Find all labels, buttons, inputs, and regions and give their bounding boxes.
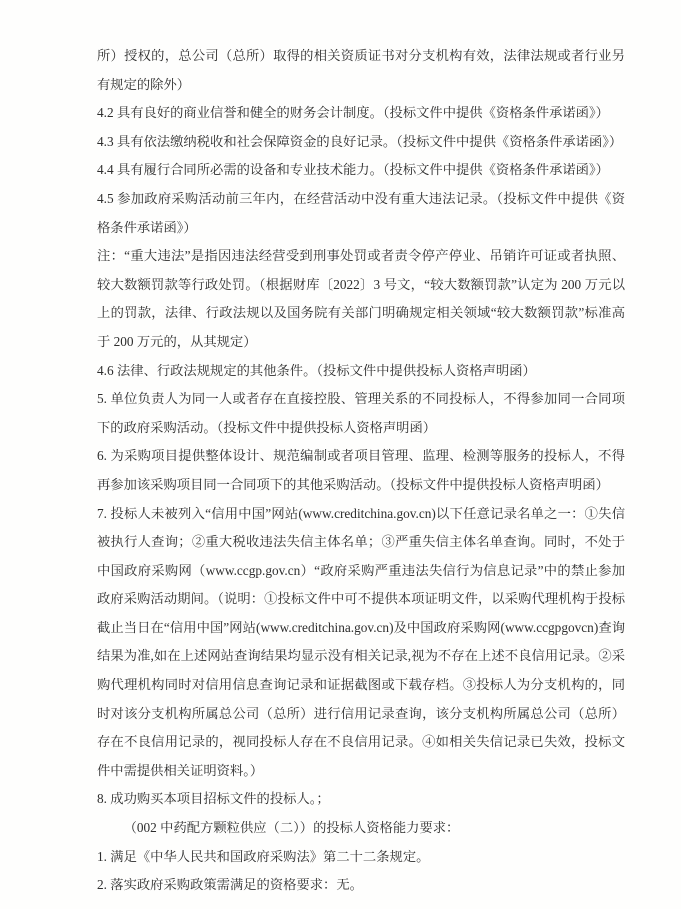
paragraph-item-5: 5. 单位负责人为同一人或者存在直接控股、管理关系的不同投标人，不得参加同一合同…: [97, 385, 625, 442]
paragraph-note-major-violation: 注：“重大违法”是指因违法经营受到刑事处罚或者责令停产停业、吊销许可证或者执照、…: [97, 242, 625, 356]
paragraph-item-4-4: 4.4 具有履行合同所必需的设备和专业技术能力。（投标文件中提供《资格条件承诺函…: [97, 156, 625, 185]
paragraph-item-6: 6. 为采购项目提供整体设计、规范编制或者项目管理、监理、检测等服务的投标人，不…: [97, 442, 625, 499]
paragraph-item-7-credit-records: 7. 投标人未被列入“信用中国”网站(www.creditchina.gov.c…: [97, 500, 625, 786]
paragraph-lot-item-2: 2. 落实政府采购政策需满足的资格要求：无。: [97, 871, 625, 900]
paragraph-continuation-4-1: 所）授权的，总公司（总所）取得的相关资质证书对分支机构有效，法律法规或者行业另有…: [97, 42, 625, 99]
document-page: 所）授权的，总公司（总所）取得的相关资质证书对分支机构有效，法律法规或者行业另有…: [0, 0, 681, 909]
paragraph-lot-item-1: 1. 满足《中华人民共和国政府采购法》第二十二条规定。: [97, 843, 625, 872]
paragraph-item-4-3: 4.3 具有依法缴纳税收和社会保障资金的良好记录。（投标文件中提供《资格条件承诺…: [97, 128, 625, 157]
paragraph-item-4-5: 4.5 参加政府采购活动前三年内，在经营活动中没有重大违法记录。（投标文件中提供…: [97, 185, 625, 242]
paragraph-item-4-6: 4.6 法律、行政法规规定的其他条件。（投标文件中提供投标人资格声明函）: [97, 357, 625, 386]
paragraph-lot-002-heading: （002 中药配方颗粒供应（二））的投标人资格能力要求：: [97, 814, 625, 843]
document-text-block: 所）授权的，总公司（总所）取得的相关资质证书对分支机构有效，法律法规或者行业另有…: [97, 42, 625, 900]
paragraph-item-8: 8. 成功购买本项目招标文件的投标人。；: [97, 785, 625, 814]
paragraph-item-4-2: 4.2 具有良好的商业信誉和健全的财务会计制度。（投标文件中提供《资格条件承诺函…: [97, 99, 625, 128]
